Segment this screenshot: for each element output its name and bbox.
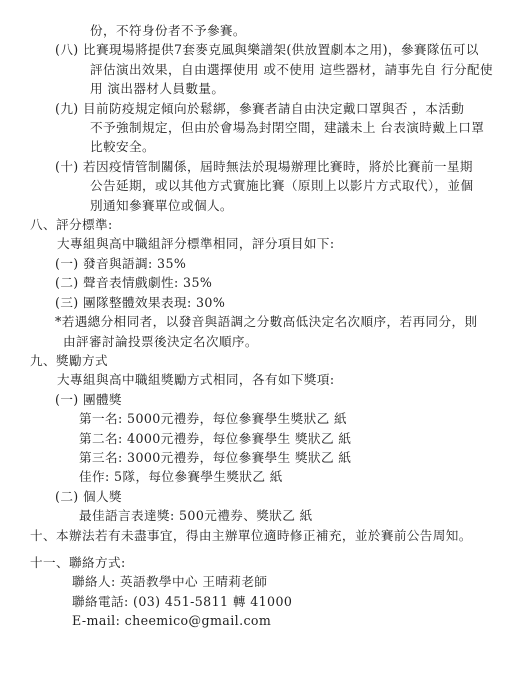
rule-item-9-line-1: (九) 目前防疫規定傾向於鬆綁，參賽者請自由決定戴口罩與否 ，本活動 xyxy=(0,99,511,118)
rule-item-10-line-2: 公告延期，或以其他方式實施比賽（原則上以影片方式取代），並個 xyxy=(0,176,511,195)
awards-individual-prize-1: 最佳語言表達獎: 500元禮券、獎狀乙 紙 xyxy=(0,506,511,525)
awards-group-prize-2: 第二名: 4000元禮券，每位參賽學生 獎狀乙 紙 xyxy=(0,429,511,448)
rule-item-8-line-3: 用 演出器材人員數量。 xyxy=(0,79,511,98)
scoring-tiebreak-line-1: *若遇總分相同者，以發音與語調之分數高低決定名次順序，若再同分，則 xyxy=(0,312,511,331)
contact-email: E-mail: cheemico@gmail.com xyxy=(0,611,511,630)
scoring-tiebreak-line-2: 由評審討論投票後決定名次順序。 xyxy=(0,332,511,351)
rule-item-8-line-1: (八) 比賽現場將提供7套麥克風與樂譜架(供放置劇本之用)，參賽隊伍可以 xyxy=(0,40,511,59)
awards-group-prize-3: 第三名: 3000元禮券，每位參賽學生 獎狀乙 紙 xyxy=(0,448,511,467)
rule-item-10-line-1: (十) 若因疫情管制關係，屆時無法於現場辦理比賽時，將於比賽前一星期 xyxy=(0,157,511,176)
contact-person: 聯絡人: 英語教學中心 王晴莉老師 xyxy=(0,572,511,591)
awards-individual-heading: (二) 個人獎 xyxy=(0,487,511,506)
contact-phone: 聯絡電話: (03) 451-5811 轉 41000 xyxy=(0,592,511,611)
awards-group-heading: (一) 團體獎 xyxy=(0,390,511,409)
rule-line-carryover: 份，不符身份者不予參賽。 xyxy=(0,21,511,40)
amendment-clause: 十、本辦法若有未盡事宜，得由主辦單位適時修正補充，並於賽前公告周知。 xyxy=(0,526,511,545)
awards-group-prize-1: 第一名: 5000元禮券，每位參賽學生獎狀乙 紙 xyxy=(0,409,511,428)
scoring-criterion-3: (三) 團隊整體效果表現: 30% xyxy=(0,293,511,312)
contact-section-heading: 十一、聯絡方式: xyxy=(0,553,511,572)
rule-item-8-line-2: 評估演出效果，自由選擇使用 或不使用 這些器材，請事先自 行分配使 xyxy=(0,60,511,79)
rule-item-9-line-3: 比較安全。 xyxy=(0,137,511,156)
awards-section-heading: 九、獎勵方式 xyxy=(0,351,511,370)
awards-intro: 大專組與高中職組獎勵方式相同，各有如下獎項: xyxy=(0,370,511,389)
scoring-criterion-2: (二) 聲音表情戲劇性: 35% xyxy=(0,273,511,292)
scoring-intro: 大專組與高中職組評分標準相同，評分項目如下: xyxy=(0,234,511,253)
scoring-criterion-1: (一) 發音與語調: 35% xyxy=(0,254,511,273)
awards-group-prize-hm: 佳作: 5隊，每位參賽學生獎狀乙 紙 xyxy=(0,467,511,486)
document-page: 份，不符身份者不予參賽。 (八) 比賽現場將提供7套麥克風與樂譜架(供放置劇本之… xyxy=(0,0,511,676)
rule-item-9-line-2: 不予強制規定，但由於會場為封閉空間，建議未上 台表演時戴上口罩 xyxy=(0,118,511,137)
rule-item-10-line-3: 別通知參賽單位或個人。 xyxy=(0,196,511,215)
scoring-section-heading: 八、評分標準: xyxy=(0,215,511,234)
